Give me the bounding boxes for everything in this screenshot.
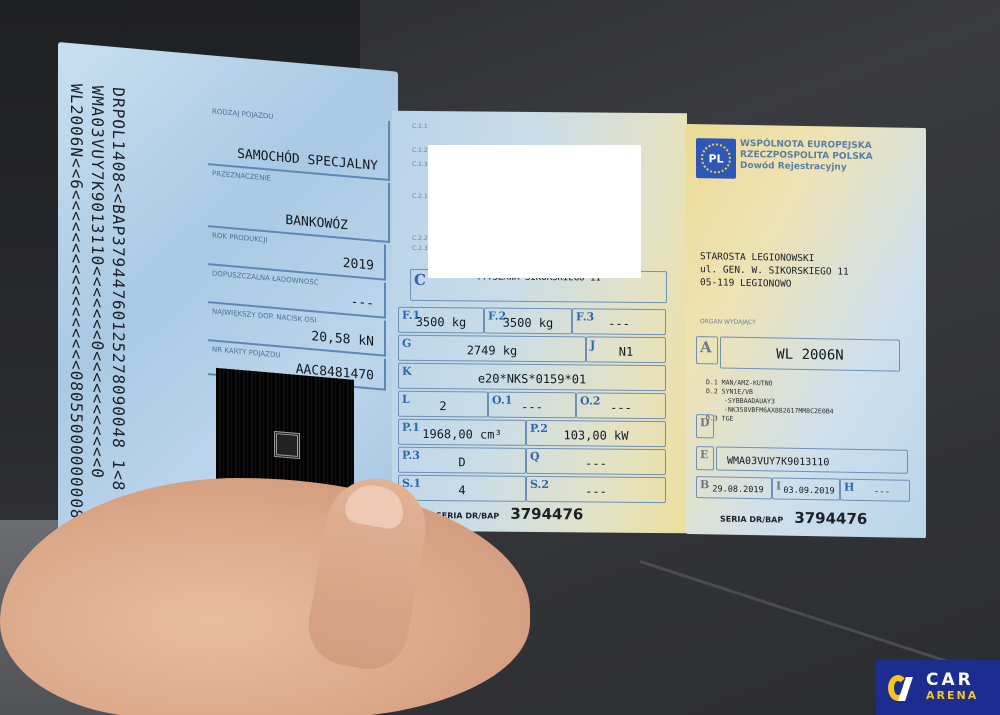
cell-s2: S.2 ---: [526, 476, 666, 503]
cell-p2: P.2 103,00 kW: [526, 420, 666, 447]
cell-j: J N1: [586, 336, 666, 363]
mrz-block: DRPOL1408<<BAP37944760125278090048 1<8 W…: [66, 83, 129, 535]
cell-f3: F.3 ---: [572, 308, 666, 335]
right-serial: SERIA DR/BAP 3794476: [720, 506, 867, 528]
cell-e-code: E: [696, 446, 714, 470]
document-header: WSPÓLNOTA EUROPEJSKA RZECZPOSPOLITA POLS…: [740, 139, 873, 174]
cell-q: Q ---: [526, 448, 666, 475]
cell-k: K e20*NKS*0159*01: [398, 363, 666, 391]
cell-f1: F.1 3500 kg: [398, 307, 484, 334]
cell-b-date: B 29.08.2019: [696, 476, 772, 499]
cell-f2: F.2 3500 kg: [484, 308, 572, 335]
car-arena-logo-icon: [888, 673, 918, 703]
cell-o1: O.1 ---: [488, 392, 576, 419]
eu-flag-icon: PL: [696, 138, 736, 179]
issuing-authority: STAROSTA LEGIONOWSKI ul. GEN. W. SIKORSK…: [700, 250, 849, 292]
vin-field: WMA03VUY7K9013110: [716, 446, 908, 473]
cell-o2: O.2 ---: [576, 392, 666, 419]
cell-g: G 2749 kg: [398, 335, 586, 363]
cell-p1: P.1 1968,00 cm³: [398, 419, 526, 446]
registration-number: WL 2006N: [720, 336, 900, 371]
cell-s1: S.1 4: [398, 475, 526, 502]
redaction-box: [428, 145, 641, 278]
right-page: PL WSPÓLNOTA EUROPEJSKA RZECZPOSPOLITA P…: [686, 124, 926, 538]
d-lines: D.1 MAN/AMZ-KUTNO D.2 SYN1E/VB -SYBBAADA…: [706, 378, 834, 425]
cell-i-date: I 03.09.2019: [772, 477, 840, 500]
car-arena-logo: CAR ARENA: [876, 660, 1000, 715]
cell-p3: P.3 D: [398, 447, 526, 474]
cell-l: L 2: [398, 391, 488, 418]
cell-a-code: A: [696, 336, 718, 364]
middle-serial: SERIA DR/BAP 3794476: [436, 503, 583, 523]
cell-h: H ---: [840, 479, 910, 502]
cell-d-code: D: [696, 414, 714, 438]
